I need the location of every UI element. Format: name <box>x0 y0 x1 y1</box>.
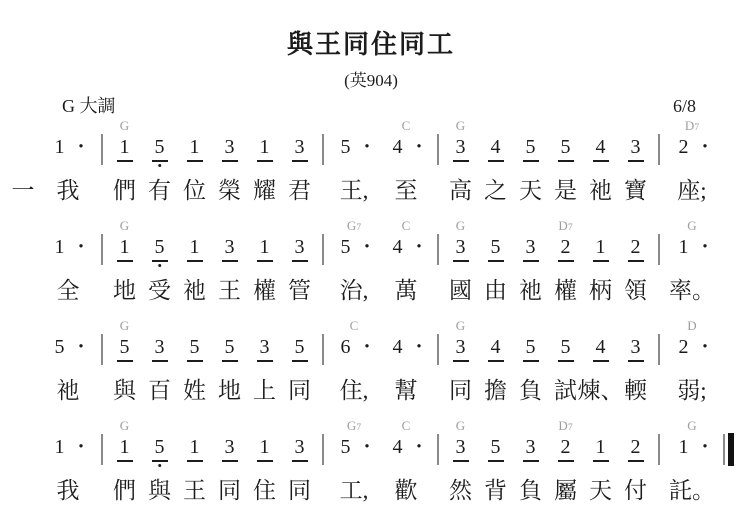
note-digit: 5 <box>117 335 133 362</box>
note-row <box>101 135 103 167</box>
lyric-syllable: 背 <box>484 476 507 509</box>
lyric-syllable: 弱; <box>677 376 706 409</box>
barline <box>101 434 103 465</box>
lyric-syllable: 座; <box>677 176 706 209</box>
note-cell: 5負 <box>513 318 548 409</box>
note-row: 1 <box>117 135 133 167</box>
lyric-syllable: 率。 <box>669 276 715 309</box>
note-cell: 5由 <box>478 218 513 309</box>
system-line: 1·我G1們5與1王3同1住3同G75·工,C4·歡G3然5背3負D72屬1天2… <box>6 418 736 509</box>
note-row: 3 <box>453 235 469 267</box>
note-digit: 2 <box>628 435 644 462</box>
chord-label: G <box>120 318 129 335</box>
lyric-syllable: 姓 <box>183 376 206 409</box>
note-digit: 2 <box>558 235 574 262</box>
barline <box>437 434 439 465</box>
note-cell: G3同 <box>443 318 478 409</box>
chord-seventh: 7 <box>568 223 573 233</box>
note-digit: 5 <box>523 335 539 362</box>
lyric-syllable: 我 <box>57 476 80 509</box>
note-digit: 4 <box>389 235 405 260</box>
lyric-syllable: 寶 <box>624 176 647 209</box>
note-cell: 5·王, <box>328 118 380 209</box>
note-cell: 3祂 <box>513 218 548 309</box>
note-row: 5 <box>117 335 133 367</box>
lyric-syllable: 權 <box>253 276 276 309</box>
note-row: 1 <box>257 435 273 467</box>
verse-cell <box>6 218 40 309</box>
note-digit: 1 <box>257 135 273 162</box>
note-digit: 4 <box>593 335 609 362</box>
note-cell: 3百 <box>142 318 177 409</box>
system-line: 1·全G1地5受1祂3王1權3管G75·治,C4·萬G3國5由3祂D72權1柄2… <box>6 218 736 309</box>
note-digit: 1 <box>593 235 609 262</box>
note-row: 3 <box>257 335 273 367</box>
augmentation-dot: · <box>77 335 84 358</box>
note-digit: 4 <box>593 135 609 162</box>
note-cell: 4之 <box>478 118 513 209</box>
lyric-syllable: 祂 <box>589 176 612 209</box>
note-cell: 3榮 <box>212 118 247 209</box>
note-digit: 5 <box>558 135 574 162</box>
note-row: 4· <box>389 235 422 267</box>
note-digit: 1 <box>51 135 67 160</box>
note-digit: 5 <box>337 235 353 260</box>
note-cell: 1位 <box>177 118 212 209</box>
note-row: 5 <box>222 335 238 367</box>
lyric-syllable: 君 <box>288 176 311 209</box>
note-cell: 4煉、 <box>583 318 618 409</box>
lyric-syllable: 有 <box>148 176 171 209</box>
note-digit: 3 <box>222 435 238 462</box>
final-barline-cell <box>720 418 736 509</box>
barline-cell <box>653 418 664 509</box>
note-digit: 3 <box>152 335 168 362</box>
barline-cell <box>96 318 107 409</box>
note-row <box>437 135 439 167</box>
note-row: 3 <box>292 235 308 267</box>
barline-cell <box>317 318 328 409</box>
chord-label: G <box>687 418 696 435</box>
barline <box>101 134 103 165</box>
note-row: 3 <box>628 135 644 167</box>
note-cell: 5有 <box>142 118 177 209</box>
time-signature: 6/8 <box>673 94 696 118</box>
note-cell: 3同 <box>282 418 317 509</box>
lyric-syllable: 託。 <box>669 476 715 509</box>
lyric-syllable: 上 <box>253 376 276 409</box>
lyric-syllable: 柄 <box>589 276 612 309</box>
note-row: 1 <box>593 235 609 267</box>
note-row: 3 <box>453 135 469 167</box>
note-digit: 1 <box>675 435 691 460</box>
barline <box>101 334 103 365</box>
lyric-syllable: 歡 <box>395 476 418 509</box>
chord-label: G <box>456 318 465 335</box>
lyric-syllable: 位 <box>183 176 206 209</box>
lyric-syllable: 幫 <box>395 376 418 409</box>
augmentation-dot: · <box>77 235 84 258</box>
lyric-syllable: 領 <box>624 276 647 309</box>
note-cell: C4·歡 <box>380 418 432 509</box>
lyric-syllable: 國 <box>449 276 472 309</box>
barline-cell <box>653 118 664 209</box>
chord-seventh: 7 <box>356 223 361 233</box>
lyric-syllable: 煉、 <box>578 376 624 409</box>
note-row: 5 <box>292 335 308 367</box>
lyric-syllable: 祂 <box>183 276 206 309</box>
lyric-syllable: 地 <box>218 376 241 409</box>
note-row: 4 <box>593 335 609 367</box>
note-cell: G3國 <box>443 218 478 309</box>
note-row <box>658 335 660 367</box>
note-digit: 5 <box>292 335 308 362</box>
note-digit: 5 <box>51 335 67 360</box>
note-row: 4 <box>488 135 504 167</box>
note-row: 1 <box>257 135 273 167</box>
note-digit: 4 <box>389 335 405 360</box>
note-row: 5 <box>558 135 574 167</box>
note-digit: 1 <box>675 235 691 260</box>
chord-label: D7 <box>558 418 572 435</box>
chord-label: G <box>120 218 129 235</box>
lyric-syllable: 管 <box>288 276 311 309</box>
note-digit: 5 <box>523 135 539 162</box>
note-row: 4· <box>389 135 422 167</box>
note-digit: 1 <box>257 235 273 262</box>
note-row: 3 <box>222 235 238 267</box>
note-cell: G75·治, <box>328 218 380 309</box>
note-row: 3 <box>292 135 308 167</box>
barline <box>322 234 324 265</box>
lyric-syllable: 地 <box>113 276 136 309</box>
lyric-syllable: 我 <box>57 176 80 209</box>
hymn-sheet-page: 與王同住同工 (英904) G 大調 6/8 一1·我G1們5有1位3榮1耀3君… <box>0 0 738 509</box>
note-row: 5 <box>152 435 168 467</box>
note-cell: 5天 <box>513 118 548 209</box>
augmentation-dot: · <box>415 235 422 258</box>
chord-label: G <box>687 218 696 235</box>
note-row: 4 <box>488 335 504 367</box>
lyric-syllable: 治, <box>340 276 369 309</box>
verse-cell: 一 <box>6 118 40 209</box>
lyric-syllable: 天 <box>519 176 542 209</box>
note-cell: G1們 <box>107 418 142 509</box>
note-cell: C6·住, <box>328 318 380 409</box>
note-cell: 4·幫 <box>380 318 432 409</box>
augmentation-dot: · <box>701 135 708 158</box>
chord-label: G <box>456 418 465 435</box>
chord-seventh: 7 <box>694 123 699 133</box>
barline-cell <box>653 218 664 309</box>
note-cell: G1·託。 <box>664 418 720 509</box>
chord-label: G7 <box>347 218 361 235</box>
note-row: 2 <box>558 435 574 467</box>
barline <box>322 334 324 365</box>
barline-cell <box>432 318 443 409</box>
note-row: 5 <box>558 335 574 367</box>
note-digit: 6 <box>337 335 353 360</box>
note-cell: G75·工, <box>328 418 380 509</box>
note-digit: 3 <box>257 335 273 362</box>
note-row: 3 <box>523 235 539 267</box>
note-digit: 2 <box>675 135 691 160</box>
lyric-syllable: 百 <box>148 376 171 409</box>
key-signature: G 大調 <box>62 94 116 118</box>
note-cell: G1地 <box>107 218 142 309</box>
note-digit: 2 <box>628 235 644 262</box>
lyric-syllable: 之 <box>484 176 507 209</box>
note-cell: 3寶 <box>618 118 653 209</box>
lyric-syllable: 同 <box>449 376 472 409</box>
augmentation-dot: · <box>363 235 370 258</box>
system-line: 5·祂G5與3百5姓5地3上5同C6·住,4·幫G3同4擔5負5試4煉、3輭D2… <box>6 318 736 409</box>
note-cell: G1們 <box>107 118 142 209</box>
note-row <box>322 435 324 467</box>
note-row: 2· <box>675 335 708 367</box>
note-digit: 3 <box>628 335 644 362</box>
lyric-syllable: 同 <box>218 476 241 509</box>
lyric-syllable: 同 <box>288 376 311 409</box>
lyric-syllable: 由 <box>484 276 507 309</box>
lyric-syllable: 屬 <box>554 476 577 509</box>
lyric-syllable: 受 <box>148 276 171 309</box>
note-digit: 5 <box>152 435 168 462</box>
hymn-number: (英904) <box>6 70 736 92</box>
lyric-syllable: 輭 <box>624 376 647 409</box>
note-row <box>658 435 660 467</box>
lyric-syllable: 與 <box>113 376 136 409</box>
note-digit: 1 <box>51 235 67 260</box>
note-digit: 3 <box>453 135 469 162</box>
barline-cell <box>317 118 328 209</box>
note-row: 3 <box>222 435 238 467</box>
note-row: 1· <box>675 235 708 267</box>
chord-label: G <box>120 418 129 435</box>
lyric-syllable: 高 <box>449 176 472 209</box>
note-row: 1 <box>257 235 273 267</box>
note-digit: 1 <box>257 435 273 462</box>
lyric-syllable: 們 <box>113 476 136 509</box>
chord-label: D7 <box>685 118 699 135</box>
verse-cell <box>6 318 40 409</box>
note-digit: 5 <box>222 335 238 362</box>
note-cell: D72屬 <box>548 418 583 509</box>
note-row: 4· <box>389 435 422 467</box>
barline-cell <box>96 118 107 209</box>
note-row <box>322 335 324 367</box>
note-digit: 1 <box>117 135 133 162</box>
barline-cell <box>96 218 107 309</box>
note-row <box>322 235 324 267</box>
system-line: 一1·我G1們5有1位3榮1耀3君5·王,C4·至G3高4之5天5是4祂3寶D7… <box>6 118 736 209</box>
note-row: 1 <box>187 135 203 167</box>
barline <box>658 334 660 365</box>
note-row: 1 <box>187 235 203 267</box>
note-cell: 3上 <box>247 318 282 409</box>
barline-cell <box>96 418 107 509</box>
augmentation-dot: · <box>701 335 708 358</box>
chord-label: C <box>402 218 411 235</box>
note-digit: 3 <box>453 235 469 262</box>
note-cell: 1王 <box>177 418 212 509</box>
note-cell: 1·我 <box>40 118 96 209</box>
note-cell: C4·至 <box>380 118 432 209</box>
barline-cell <box>432 118 443 209</box>
note-digit: 3 <box>453 435 469 462</box>
note-digit: 1 <box>187 435 203 462</box>
note-cell: 2領 <box>618 218 653 309</box>
note-row: 5 <box>523 335 539 367</box>
barline <box>437 134 439 165</box>
page-title: 與王同住同工 <box>6 28 736 60</box>
note-cell: 3負 <box>513 418 548 509</box>
note-digit: 5 <box>558 335 574 362</box>
note-cell: G3高 <box>443 118 478 209</box>
note-row <box>322 135 324 167</box>
note-digit: 5 <box>337 435 353 460</box>
note-row: 5 <box>152 235 168 267</box>
chord-label: G <box>456 118 465 135</box>
note-cell: 5是 <box>548 118 583 209</box>
key-meter-row: G 大調 6/8 <box>6 94 736 118</box>
note-cell: 5地 <box>212 318 247 409</box>
barline <box>658 134 660 165</box>
lyric-syllable: 王 <box>183 476 206 509</box>
chord-label: D7 <box>558 218 572 235</box>
note-cell: 1權 <box>247 218 282 309</box>
note-cell: 3同 <box>212 418 247 509</box>
note-cell: 5與 <box>142 418 177 509</box>
barline-cell <box>317 218 328 309</box>
note-row: 1 <box>117 235 133 267</box>
note-digit: 5 <box>488 235 504 262</box>
note-cell: 5同 <box>282 318 317 409</box>
note-cell: G5與 <box>107 318 142 409</box>
lyric-syllable: 天 <box>589 476 612 509</box>
note-row: 4 <box>593 135 609 167</box>
note-digit: 4 <box>389 435 405 460</box>
note-row <box>101 235 103 267</box>
note-cell: D72權 <box>548 218 583 309</box>
lyric-syllable: 然 <box>449 476 472 509</box>
note-row: 5· <box>51 335 84 367</box>
note-digit: 1 <box>187 235 203 262</box>
note-cell: 5受 <box>142 218 177 309</box>
lyric-syllable: 榮 <box>218 176 241 209</box>
note-cell: 3王 <box>212 218 247 309</box>
lyric-syllable: 試 <box>554 376 577 409</box>
note-digit: 4 <box>488 135 504 162</box>
chord-label: C <box>402 418 411 435</box>
note-cell: 4祂 <box>583 118 618 209</box>
note-row <box>437 335 439 367</box>
note-cell: 1住 <box>247 418 282 509</box>
score: 一1·我G1們5有1位3榮1耀3君5·王,C4·至G3高4之5天5是4祂3寶D7… <box>6 118 736 509</box>
note-digit: 3 <box>222 135 238 162</box>
lyric-syllable: 祂 <box>57 376 80 409</box>
lyric-syllable: 同 <box>288 476 311 509</box>
lyric-syllable: 住, <box>340 376 369 409</box>
lyric-syllable: 與 <box>148 476 171 509</box>
note-row: 3 <box>152 335 168 367</box>
note-cell: 4擔 <box>478 318 513 409</box>
note-cell: 1·全 <box>40 218 96 309</box>
note-row: 1 <box>187 435 203 467</box>
note-digit: 1 <box>117 435 133 462</box>
chord-label: G <box>456 218 465 235</box>
note-digit: 3 <box>453 335 469 362</box>
note-digit: 3 <box>222 235 238 262</box>
note-cell: 1·我 <box>40 418 96 509</box>
note-row: 5· <box>337 435 370 467</box>
note-row: 3 <box>453 435 469 467</box>
lyric-syllable: 工, <box>340 476 369 509</box>
note-cell: 3輭 <box>618 318 653 409</box>
note-cell: 1天 <box>583 418 618 509</box>
note-cell: 5姓 <box>177 318 212 409</box>
lyric-syllable: 負 <box>519 476 542 509</box>
barline <box>658 434 660 465</box>
note-digit: 2 <box>675 335 691 360</box>
note-cell: 5背 <box>478 418 513 509</box>
note-row <box>658 135 660 167</box>
note-digit: 3 <box>628 135 644 162</box>
lyric-syllable: 王, <box>340 176 369 209</box>
note-row <box>723 435 734 467</box>
barline-cell <box>432 418 443 509</box>
note-digit: 1 <box>593 435 609 462</box>
note-row <box>101 435 103 467</box>
verse-number: 一 <box>12 176 35 209</box>
note-row: 3 <box>523 435 539 467</box>
note-row: 3 <box>292 435 308 467</box>
note-row: 2 <box>628 435 644 467</box>
lyric-syllable: 耀 <box>253 176 276 209</box>
note-cell: 1祂 <box>177 218 212 309</box>
note-digit: 3 <box>292 235 308 262</box>
augmentation-dot: · <box>363 335 370 358</box>
note-cell: G1·率。 <box>664 218 720 309</box>
note-cell: G3然 <box>443 418 478 509</box>
note-cell: D72·座; <box>664 118 720 209</box>
note-row: 5· <box>337 235 370 267</box>
note-cell: 5·祂 <box>40 318 96 409</box>
barline <box>322 434 324 465</box>
note-row: 5 <box>187 335 203 367</box>
note-row: 2· <box>675 135 708 167</box>
augmentation-dot: · <box>363 135 370 158</box>
note-digit: 5 <box>152 235 168 262</box>
augmentation-dot: · <box>363 435 370 458</box>
lyric-syllable: 權 <box>554 276 577 309</box>
note-digit: 5 <box>488 435 504 462</box>
verse-cell <box>6 418 40 509</box>
chord-label: C <box>402 118 411 135</box>
final-thin-barline <box>723 434 725 465</box>
lyric-syllable: 至 <box>395 176 418 209</box>
lyric-syllable: 們 <box>113 176 136 209</box>
note-digit: 5 <box>337 135 353 160</box>
lyric-syllable: 付 <box>624 476 647 509</box>
note-cell: 2付 <box>618 418 653 509</box>
note-digit: 1 <box>187 135 203 162</box>
lyric-syllable: 祂 <box>519 276 542 309</box>
note-row <box>658 235 660 267</box>
augmentation-dot: · <box>77 435 84 458</box>
barline-cell <box>653 318 664 409</box>
lyric-syllable: 擔 <box>484 376 507 409</box>
